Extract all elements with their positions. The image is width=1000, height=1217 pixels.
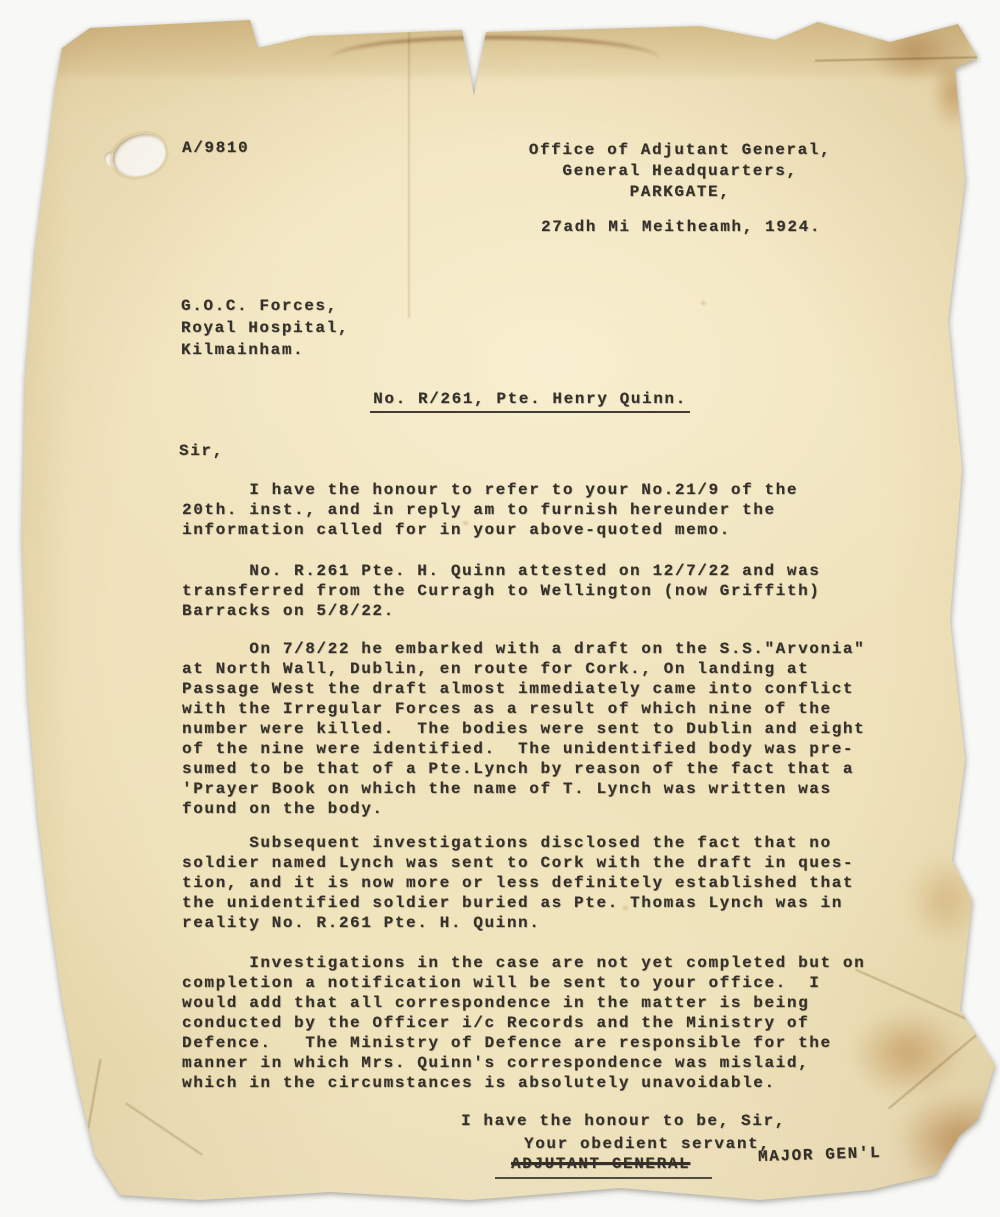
- date-line: 27adh Mi Meitheamh, 1924.: [541, 217, 821, 237]
- signature-line: ADJUTANT GENERAL: [495, 1154, 712, 1179]
- stain-bottom-right-2: [895, 1090, 1000, 1190]
- stain-top-right-2: [930, 55, 978, 131]
- closing-line-1: I have the honour to be, Sir,: [461, 1111, 786, 1131]
- signature-rank: MAJOR GEN'L: [758, 1143, 882, 1167]
- subject-line: No. R/261, Pte. Henry Quinn.: [350, 389, 710, 409]
- paragraph-5: Investigations in the case are not yet c…: [182, 953, 865, 1093]
- foxing-spot-1: [700, 300, 707, 306]
- paragraph-4: Subsequent investigations disclosed the …: [182, 833, 854, 933]
- stain-top-right-1: [868, 22, 960, 84]
- vertical-crease: [408, 28, 410, 318]
- stain-right-middle: [905, 855, 985, 945]
- signature-underline: ADJUTANT GENERAL: [495, 1154, 712, 1179]
- crease-bottom-right-2: [855, 969, 975, 1024]
- crease-bottom-left-1: [77, 1059, 102, 1189]
- addressee-block: G.O.C. Forces, Royal Hospital, Kilmainha…: [181, 295, 349, 361]
- rust-streak-top: [330, 36, 660, 59]
- crease-bottom-left-2: [125, 1102, 202, 1155]
- subject-text: No. R/261, Pte. Henry Quinn.: [370, 390, 690, 413]
- crease-bottom-right-1: [888, 1017, 998, 1110]
- scanned-letter-sheet: A/9810 Office of Adjutant General, Gener…: [0, 0, 1000, 1217]
- letterhead: Office of Adjutant General, General Head…: [470, 140, 890, 203]
- top-fold-shading: [45, 14, 970, 76]
- stain-bottom-right-1: [850, 1008, 965, 1098]
- paragraph-1: I have the honour to refer to your No.21…: [182, 480, 798, 540]
- signature-struck-text: ADJUTANT GENERAL: [511, 1155, 690, 1173]
- paragraph-3: On 7/8/22 he embarked with a draft on th…: [182, 639, 865, 819]
- closing-line-2: Your obedient servant,: [524, 1134, 770, 1154]
- letter-page: A/9810 Office of Adjutant General, Gener…: [0, 0, 1000, 1217]
- reference-number: A/9810: [182, 138, 249, 158]
- salutation: Sir,: [179, 441, 224, 461]
- torn-hole: [108, 129, 170, 181]
- crease-top-right: [815, 56, 977, 61]
- paragraph-2: No. R.261 Pte. H. Quinn attested on 12/7…: [182, 561, 821, 621]
